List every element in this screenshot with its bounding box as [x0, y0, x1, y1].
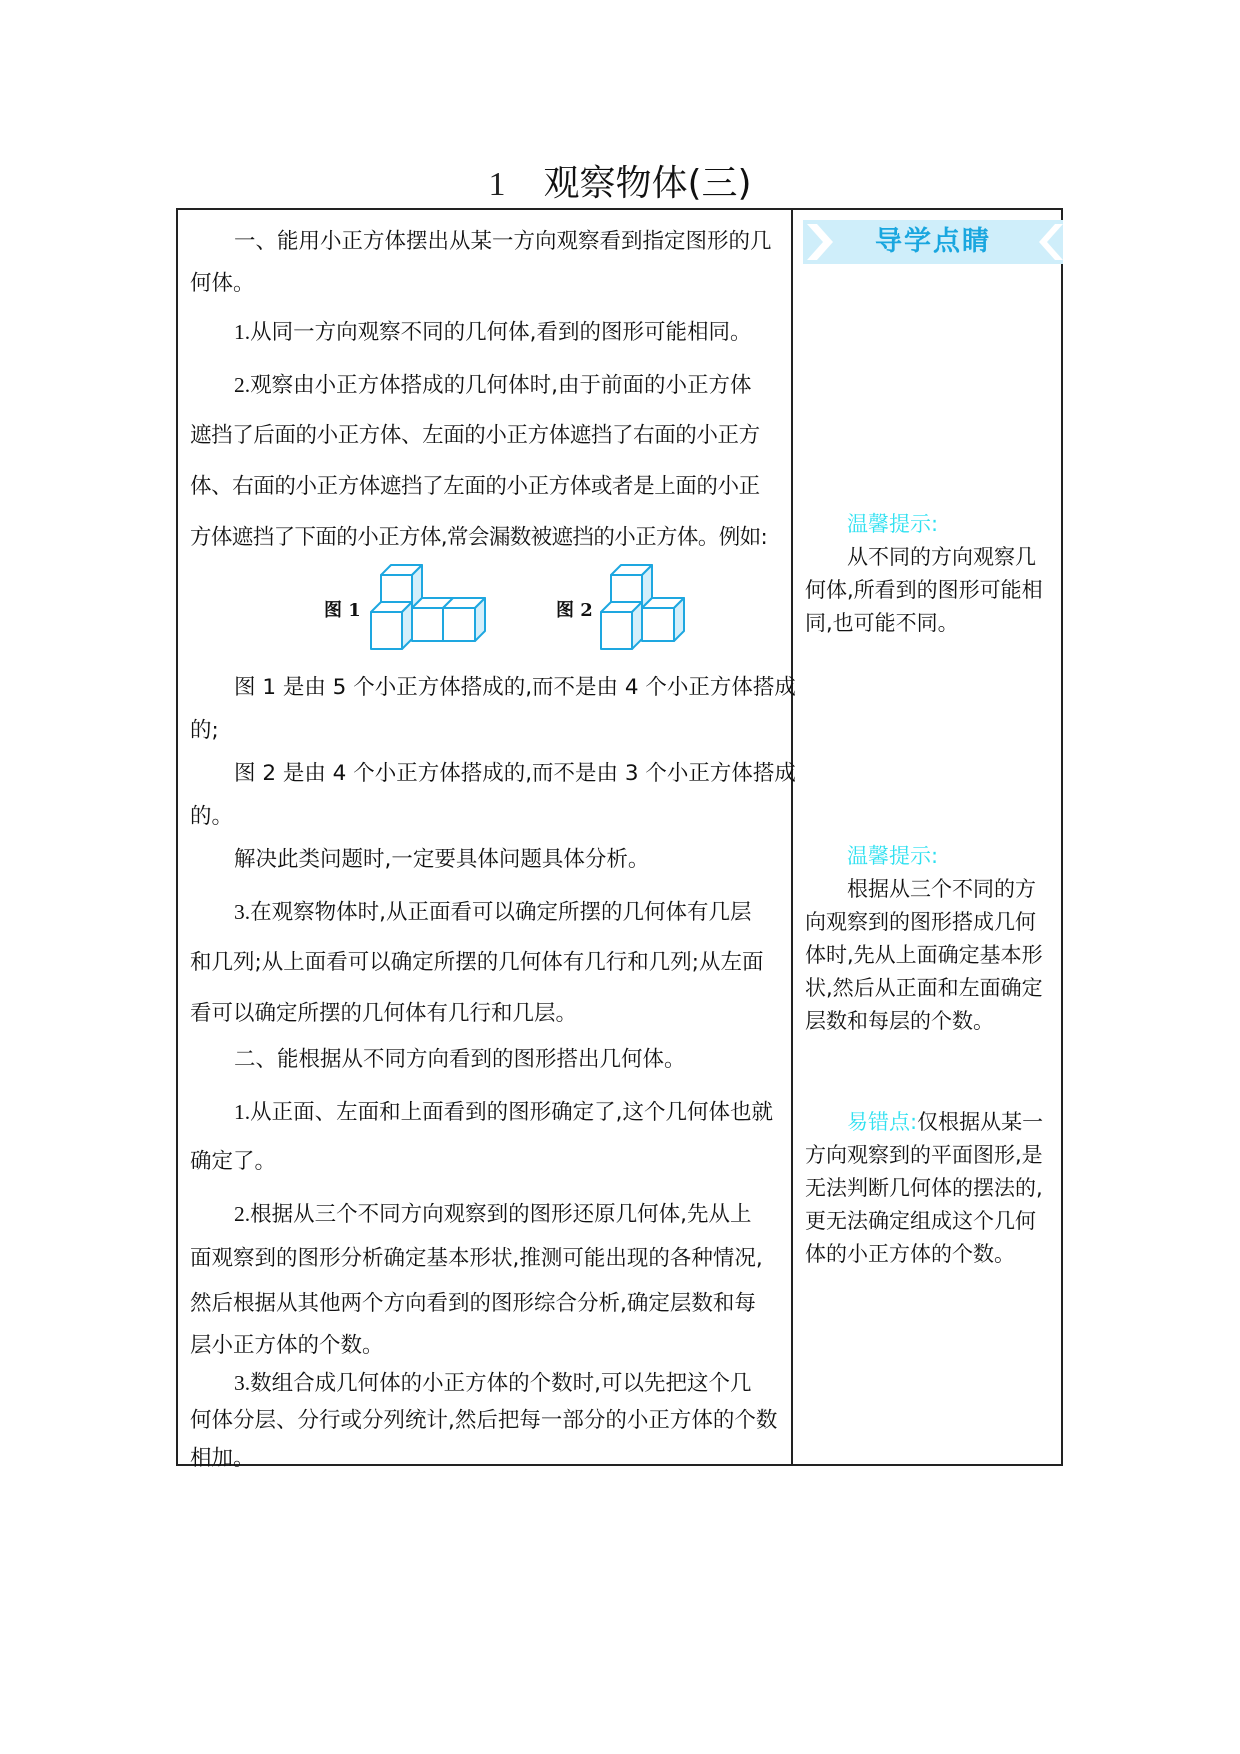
point-1-2-line1: 2.观察由小正方体搭成的几何体时,由于前面的小正方体 [190, 363, 826, 408]
common-mistake-box: 易错点:仅根据从某一 方向观察到的平面图形,是 无法判断几何体的摆法的, 更无法… [805, 1106, 1057, 1271]
point-2-2-line2: 面观察到的图形分析确定基本形状,推测可能出现的各种情况, [190, 1237, 782, 1281]
figure-1-label: 图 1 [324, 596, 361, 622]
tip-1-text-line3: 同,也可能不同。 [805, 607, 1057, 640]
point-1-3-line2: 和几列;从上面看可以确定所摆的几何体有几行和几列;从左面 [190, 941, 782, 985]
figure-2-explanation-line1: 图 2 是由 4 个小正方体搭成的,而不是由 3 个小正方体搭成 [190, 752, 826, 796]
common-mistake-line5: 体的小正方体的个数。 [805, 1238, 1057, 1271]
figure-2-cube-drawing [596, 560, 686, 660]
chapter-title: 观察物体(三) [543, 163, 751, 204]
figure-2-label: 图 2 [556, 596, 593, 622]
point-1-1: 1.从同一方向观察不同的几何体,看到的图形可能相同。 [190, 310, 826, 355]
tip-2-text-line2: 向观察到的图形搭成几何 [805, 906, 1057, 939]
tip-box-2: 温馨提示: 根据从三个不同的方 向观察到的图形搭成几何 体时,先从上面确定基本形… [805, 840, 1057, 1038]
tip-1-text-line1: 从不同的方向观察几 [805, 541, 1057, 574]
section-one-heading-line1: 一、能用小正方体摆出从某一方向观察看到指定图形的几 [190, 220, 826, 264]
sidebar-column: 导学点睛 温馨提示: 从不同的方向观察几 何体,所看到的图形可能相 同,也可能不… [793, 210, 1063, 1464]
chapter-number: 1 [488, 166, 505, 203]
common-mistake-line1: 易错点:仅根据从某一 [805, 1106, 1057, 1139]
point-2-2-line1: 2.根据从三个不同方向观察到的图形还原几何体,先从上 [190, 1192, 826, 1237]
tip-2-text-line5: 层数和每层的个数。 [805, 1005, 1057, 1038]
point-1-2-line3: 体、右面的小正方体遮挡了左面的小正方体或者是上面的小正 [190, 465, 782, 509]
point-2-3-line3: 相加。 [190, 1437, 782, 1481]
common-mistake-label: 易错点: [847, 1110, 917, 1134]
point-1-2-line2: 遮挡了后面的小正方体、左面的小正方体遮挡了右面的小正方 [190, 414, 782, 458]
common-mistake-line2: 方向观察到的平面图形,是 [805, 1139, 1057, 1172]
common-mistake-line4: 更无法确定组成这个几何 [805, 1205, 1057, 1238]
point-1-2-line4: 方体遮挡了下面的小正方体,常会漏数被遮挡的小正方体。例如: [190, 516, 782, 560]
figure-2-explanation-line2: 的。 [190, 795, 782, 839]
point-2-1-line1: 1.从正面、左面和上面看到的图形确定了,这个几何体也就 [190, 1090, 826, 1135]
figure-1-cube-drawing [366, 560, 486, 660]
tip-2-text-line1: 根据从三个不同的方 [805, 873, 1057, 906]
section-two-heading: 二、能根据从不同方向看到的图形搭出几何体。 [190, 1038, 826, 1082]
chevron-left-decoration-icon [1033, 220, 1063, 264]
common-mistake-line3: 无法判断几何体的摆法的, [805, 1172, 1057, 1205]
analysis-note: 解决此类问题时,一定要具体问题具体分析。 [190, 838, 826, 882]
guide-banner: 导学点睛 [803, 220, 1063, 264]
section-one-heading-line2: 何体。 [190, 262, 782, 306]
tip-box-1: 温馨提示: 从不同的方向观察几 何体,所看到的图形可能相 同,也可能不同。 [805, 508, 1057, 640]
point-1-3-line1: 3.在观察物体时,从正面看可以确定所摆的几何体有几层 [190, 890, 826, 935]
point-2-1-line2: 确定了。 [190, 1140, 782, 1184]
figure-1-explanation-line1: 图 1 是由 5 个小正方体搭成的,而不是由 4 个小正方体搭成 [190, 666, 826, 710]
guide-banner-title: 导学点睛 [803, 220, 1063, 264]
point-2-2-line3: 然后根据从其他两个方向看到的图形综合分析,确定层数和每 [190, 1282, 782, 1326]
tip-2-text-line3: 体时,先从上面确定基本形 [805, 939, 1057, 972]
point-1-3-line3: 看可以确定所摆的几何体有几行和几层。 [190, 992, 782, 1036]
page-title: 1观察物体(三) [0, 160, 1240, 209]
figure-1-explanation-line2: 的; [190, 709, 782, 753]
tip-1-text-line2: 何体,所看到的图形可能相 [805, 574, 1057, 607]
content-table: 一、能用小正方体摆出从某一方向观察看到指定图形的几 何体。 1.从同一方向观察不… [176, 208, 1063, 1466]
tip-2-label: 温馨提示: [805, 840, 1057, 873]
tip-1-label: 温馨提示: [805, 508, 1057, 541]
tip-2-text-line4: 状,然后从正面和左面确定 [805, 972, 1057, 1005]
